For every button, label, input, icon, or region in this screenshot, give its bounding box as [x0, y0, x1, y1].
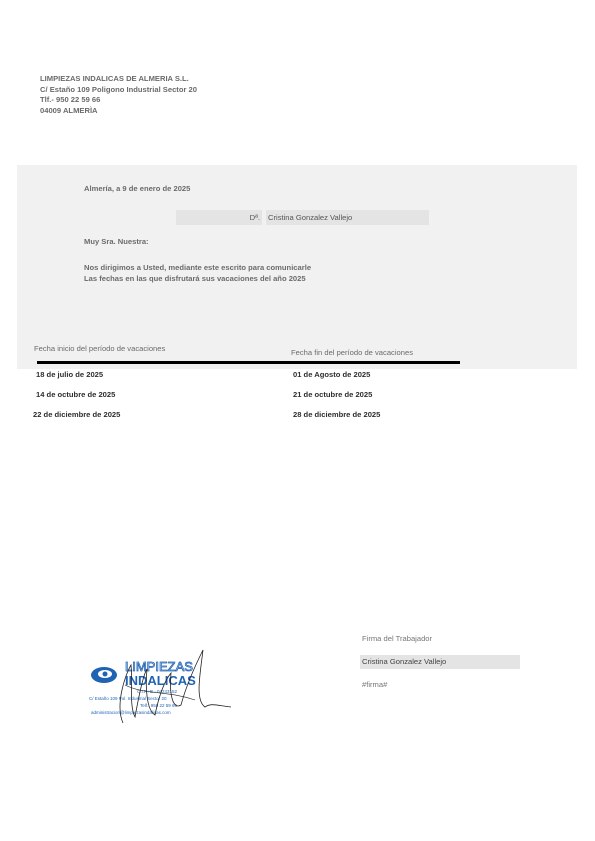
company-logo-icon: LIMPIEZAS INDALICAS C.I.F.: B - 04243152… [85, 645, 235, 727]
company-city: 04009 ALMERÌA [40, 106, 197, 117]
stamp-email: administracion@limpiezasindalicas.com [91, 710, 171, 715]
company-name: LIMPIEZAS INDALICAS DE ALMERIA S.L. [40, 74, 197, 85]
end-date-3: 28 de diciembre de 2025 [293, 410, 380, 419]
signature-label: Firma del Trabajador [362, 634, 432, 643]
recipient-name: Cristina Gonzalez Vallejo [268, 213, 352, 222]
start-date-1: 18 de julio de 2025 [36, 370, 103, 379]
stamp-brand-1: LIMPIEZAS [125, 659, 193, 674]
company-header: LIMPIEZAS INDALICAS DE ALMERIA S.L. C/ E… [40, 74, 197, 116]
recipient-title: Dª. [250, 213, 260, 222]
end-date-2: 21 de octubre de 2025 [293, 390, 372, 399]
company-phone: Tlf.- 950 22 59 66 [40, 95, 197, 106]
body-line-2: Las fechas en las que disfrutará sus vac… [84, 274, 311, 285]
letter-body: Nos dirigimos a Usted, mediante este esc… [84, 263, 311, 284]
stamp-brand-2: INDALICAS [125, 673, 196, 688]
company-address: C/ Estaño 109 Poligono Industrial Sector… [40, 85, 197, 96]
end-date-1: 01 de Agosto de 2025 [293, 370, 370, 379]
greeting: Muy Sra. Nuestra: [84, 237, 149, 246]
recipient-title-field: Dª. [176, 210, 262, 225]
end-date-header: Fecha fin del período de vacaciones [291, 348, 413, 357]
place-date: Almería, a 9 de enero de 2025 [84, 184, 190, 193]
start-date-header: Fecha inicio del período de vacaciones [34, 344, 165, 353]
worker-name: Cristina Gonzalez Vallejo [362, 657, 446, 666]
body-line-1: Nos dirigimos a Usted, mediante este esc… [84, 263, 311, 274]
start-date-3: 22 de diciembre de 2025 [33, 410, 120, 419]
start-date-2: 14 de octubre de 2025 [36, 390, 115, 399]
stamp-phone: Telf.: 950 22 59 66 [140, 703, 178, 708]
company-stamp: LIMPIEZAS INDALICAS C.I.F.: B - 04243152… [85, 645, 235, 727]
recipient-name-field: Cristina Gonzalez Vallejo [266, 210, 429, 225]
stamp-address: C/ Estaño 109 Pol. Industrial Sector 20 [89, 696, 167, 701]
stamp-cif: C.I.F.: B - 04243152 [137, 689, 178, 694]
worker-name-field: Cristina Gonzalez Vallejo [360, 655, 520, 669]
header-divider [37, 361, 460, 364]
signature-placeholder: #firma# [362, 680, 387, 689]
